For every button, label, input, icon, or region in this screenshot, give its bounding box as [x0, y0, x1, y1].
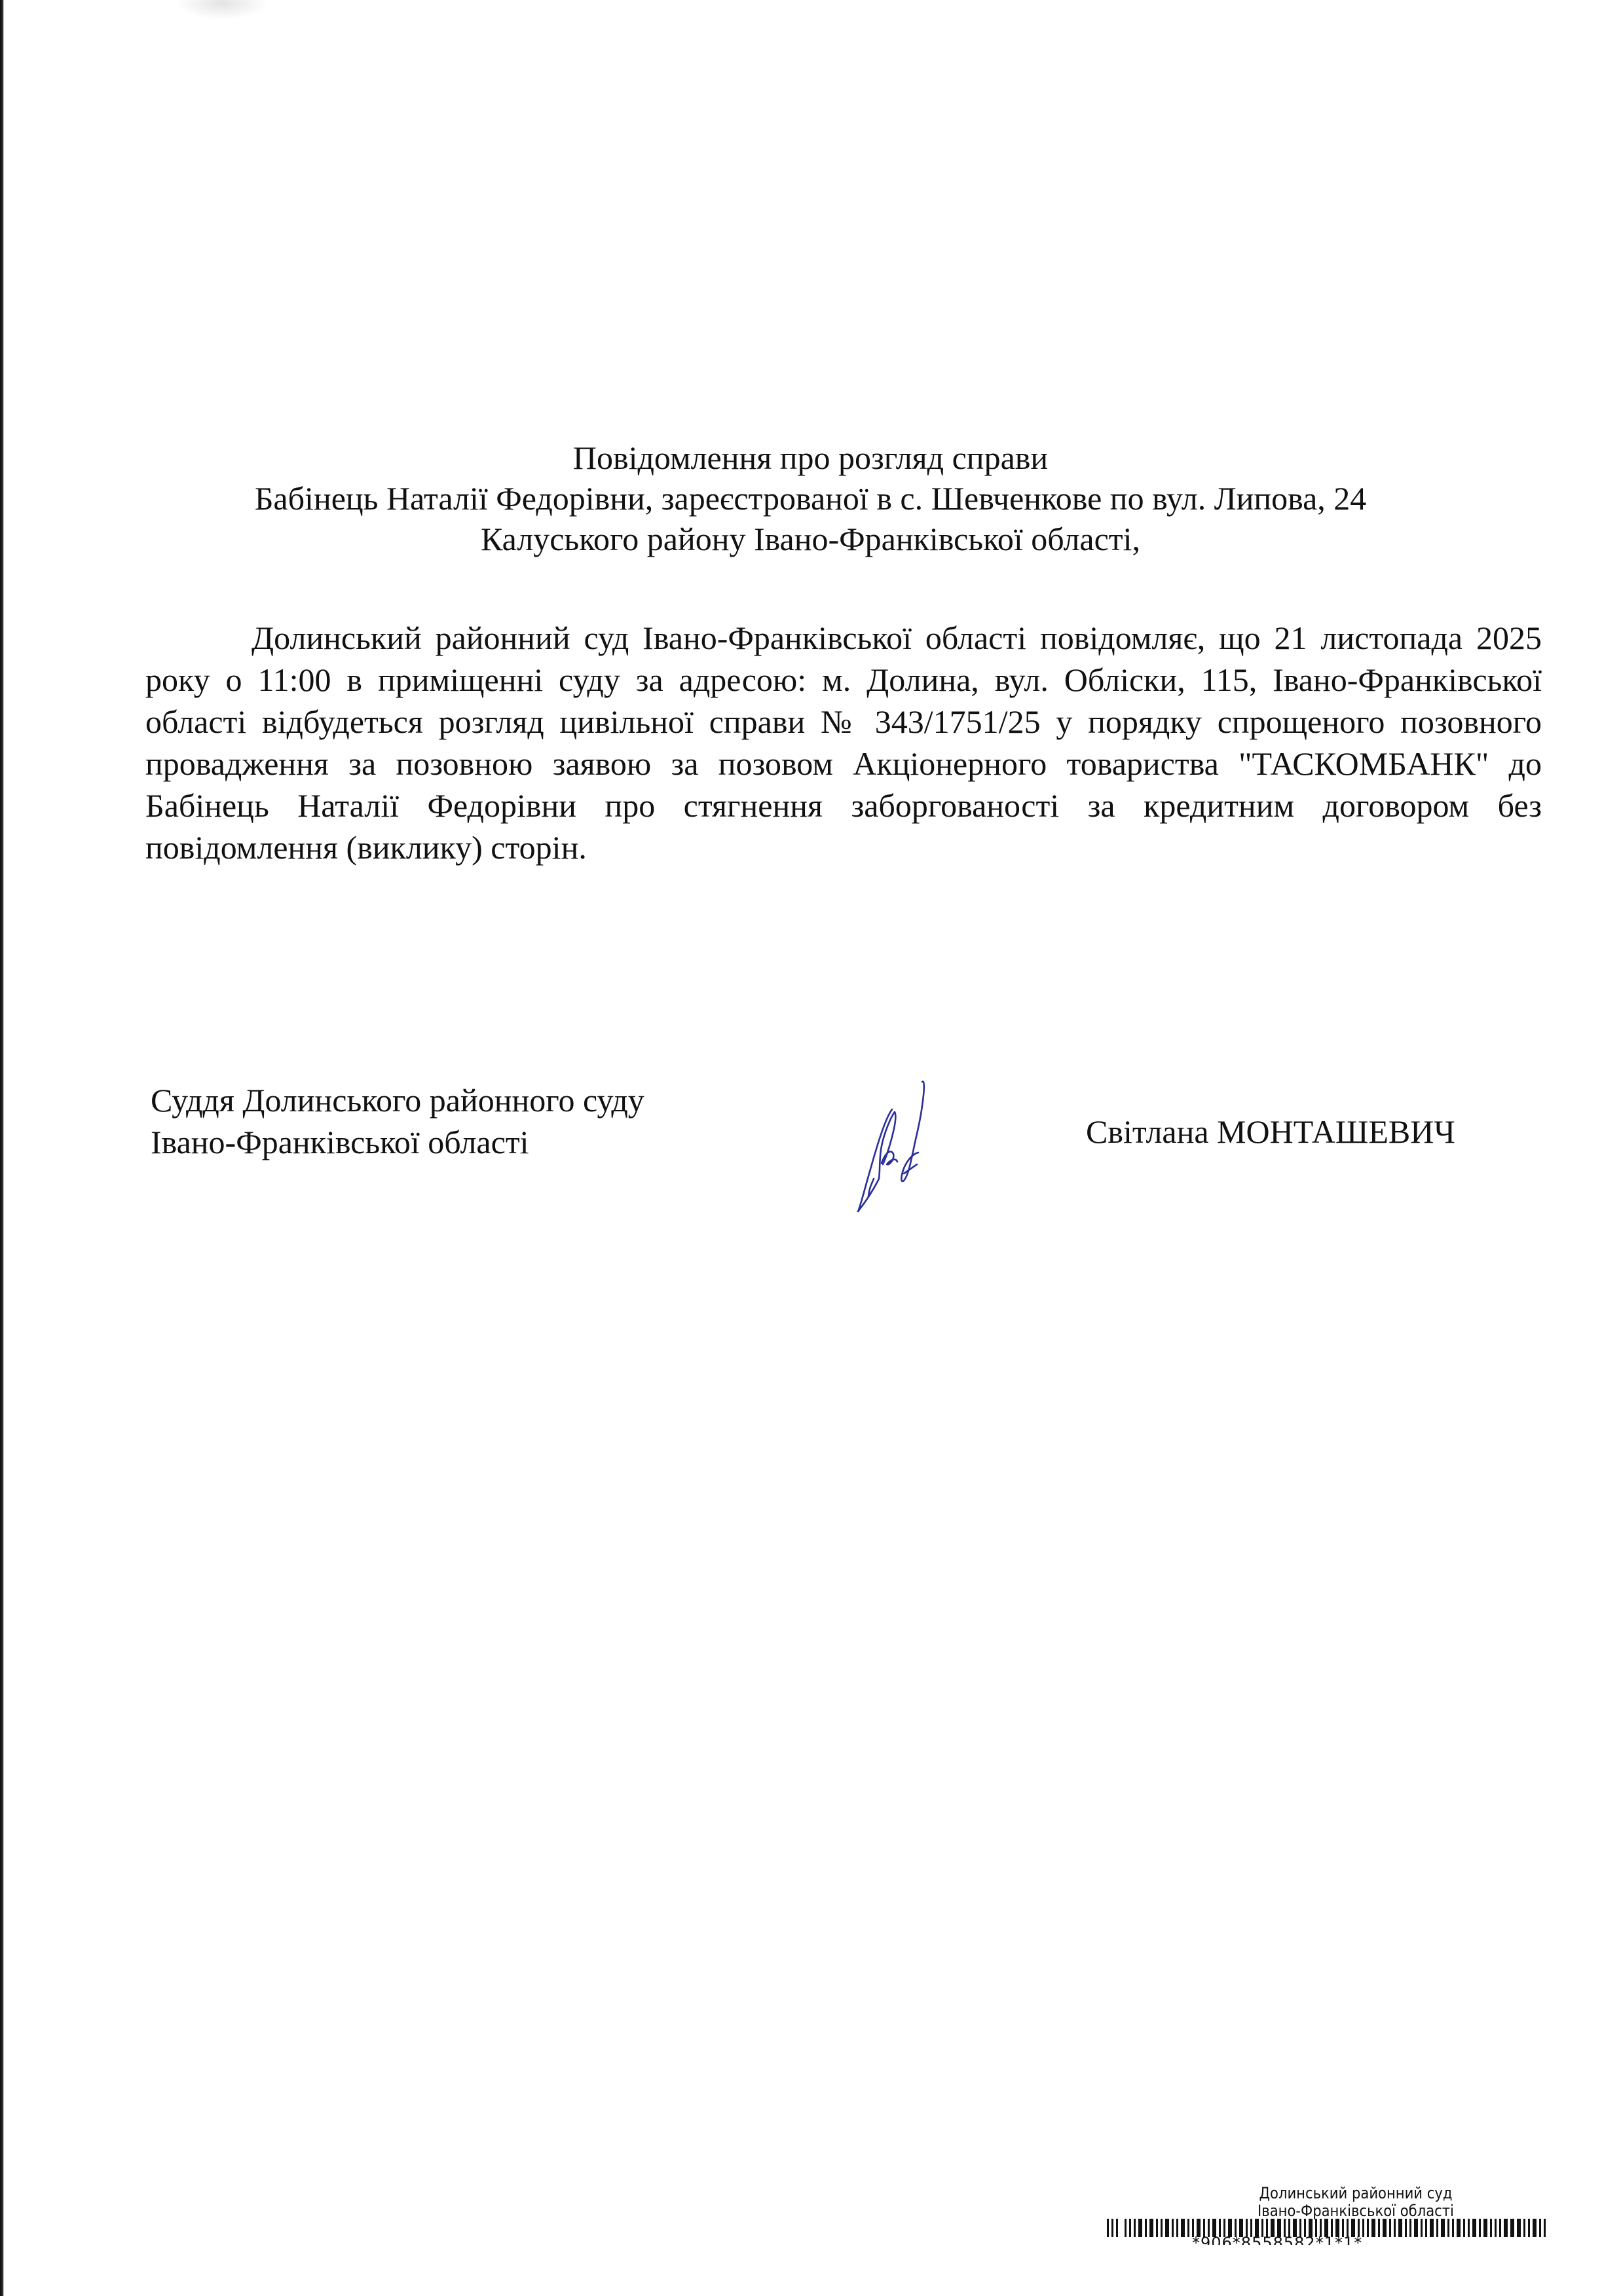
- barcode-number: *906*8558582*1*1*: [1192, 2236, 1362, 2245]
- heading-region: Калуського району Івано-Франківської обл…: [0, 519, 1621, 559]
- judge-position: Суддя Долинського районного суду Івано-Ф…: [151, 1079, 644, 1163]
- notice-body: Долинський районний суд Івано-Франківськ…: [145, 617, 1542, 868]
- scan-smudge: [177, 0, 269, 20]
- barcode: [1107, 2219, 1565, 2237]
- document-heading: Повідомлення про розгляд справи Бабінець…: [0, 437, 1621, 559]
- court-registry-stamp: Долинський районний суд Івано-Франківськ…: [1107, 2181, 1592, 2296]
- stamp-court-name: Долинський районний суд: [1142, 2184, 1569, 2202]
- scan-edge: [0, 0, 4, 2296]
- handwritten-signature: [845, 1081, 1002, 1231]
- signer-name: Світлана МОНТАШЕВИЧ: [1086, 1111, 1455, 1153]
- judge-position-line2: Івано-Франківської області: [151, 1121, 644, 1163]
- heading-addressee: Бабінець Наталії Федорівни, зареєстрован…: [0, 478, 1621, 519]
- heading-title: Повідомлення про розгляд справи: [0, 437, 1621, 478]
- stamp-region: Івано-Франківської області: [1142, 2202, 1569, 2220]
- judge-position-line1: Суддя Долинського районного суду: [151, 1079, 644, 1121]
